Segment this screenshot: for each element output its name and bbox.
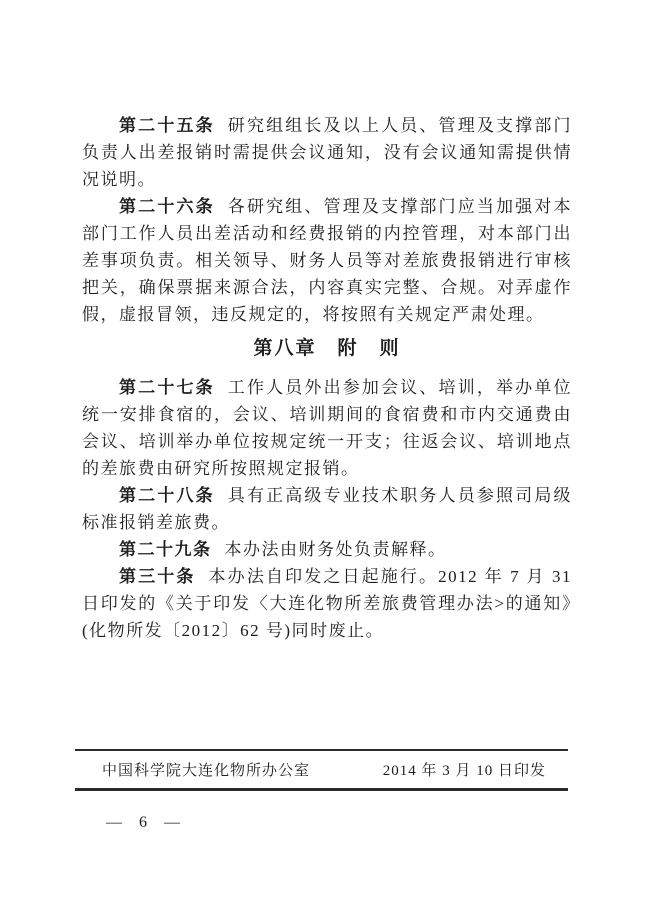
article-paragraph: 第二十六条各研究组、管理及支撑部门应当加强对本部门工作人员出差活动和经费报销的内… [82, 193, 572, 328]
document-body: 第二十五条研究组组长及以上人员、管理及支撑部门负责人出差报销时需提供会议通知，没… [82, 112, 572, 644]
article-text: 本办法由财务处负责解释。 [225, 540, 447, 559]
article-term: 第三十条 [119, 567, 196, 586]
print-date: 2014 年 3 月 10 日印发 [383, 759, 546, 780]
issuing-office: 中国科学院大连化物所办公室 [102, 759, 310, 780]
article-text: 各研究组、管理及支撑部门应当加强对本部门工作人员出差活动和经费报销的内控管理，对… [82, 197, 572, 324]
article-term: 第二十七条 [119, 378, 215, 397]
article-paragraph: 第二十九条本办法由财务处负责解释。 [82, 536, 572, 563]
colophon-box: 中国科学院大连化物所办公室 2014 年 3 月 10 日印发 [75, 749, 568, 791]
article-term: 第二十六条 [119, 197, 215, 216]
document-page: 第二十五条研究组组长及以上人员、管理及支撑部门负责人出差报销时需提供会议通知，没… [0, 0, 650, 919]
article-term: 第二十五条 [119, 116, 215, 135]
article-paragraph: 第三十条本办法自印发之日起施行。2012 年 7 月 31 日印发的《关于印发〈… [82, 563, 572, 644]
colophon-row: 中国科学院大连化物所办公室 2014 年 3 月 10 日印发 [75, 751, 568, 788]
article-paragraph: 第二十五条研究组组长及以上人员、管理及支撑部门负责人出差报销时需提供会议通知，没… [82, 112, 572, 193]
article-paragraph: 第二十七条工作人员外出参加会议、培训，举办单位统一安排食宿的，会议、培训期间的食… [82, 374, 572, 482]
page-number: — 6 — [106, 814, 182, 832]
chapter-heading: 第八章 附 则 [82, 335, 572, 362]
article-term: 第二十九条 [119, 540, 212, 559]
article-term: 第二十八条 [119, 486, 215, 505]
article-paragraph: 第二十八条具有正高级专业技术职务人员参照司局级标准报销差旅费。 [82, 482, 572, 536]
